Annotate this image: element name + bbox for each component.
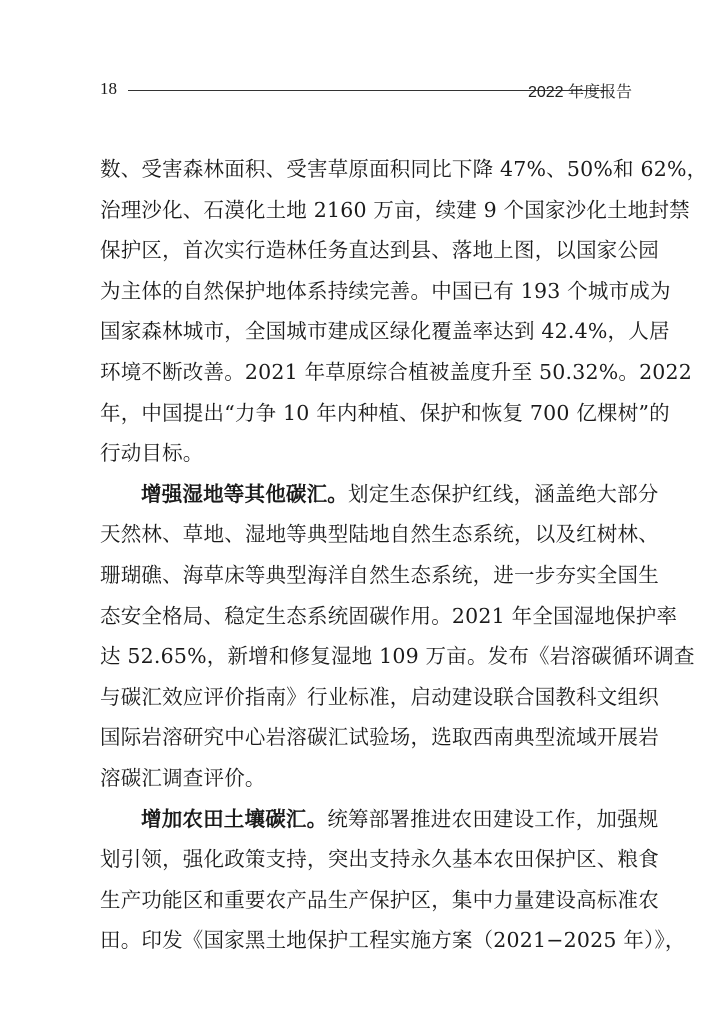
text-line: 达 52.65%，新增和修复湿地 109 万亩。发布《岩溶碳循环调查: [100, 636, 632, 677]
text-line: 与碳汇效应评价指南》行业标准，启动建设联合国教科文组织: [100, 677, 632, 718]
text-line: 划引领，强化政策支持，突出支持永久基本农田保护区、粮食: [100, 839, 632, 880]
text-line: 珊瑚礁、海草床等典型海洋自然生态系统，进一步夯实全国生: [100, 555, 632, 596]
text-line: 国家森林城市，全国城市建成区绿化覆盖率达到 42.4%，人居: [100, 311, 632, 352]
text-line: 年，中国提出“力争 10 年内种植、保护和恢复 700 亿棵树”的: [100, 393, 632, 434]
text-line: 行动目标。: [100, 433, 632, 474]
running-title: 2022 年度报告: [528, 79, 632, 102]
text-line: 生产功能区和重要农产品生产保护区，集中力量建设高标准农: [100, 880, 632, 921]
body-text: 数、受害森林面积、受害草原面积同比下降 47%、50%和 62%， 治理沙化、石…: [100, 149, 632, 961]
text-line: 态安全格局、稳定生态系统固碳作用。2021 年全国湿地保护率: [100, 596, 632, 637]
text-line: 治理沙化、石漠化土地 2160 万亩，续建 9 个国家沙化土地封禁: [100, 190, 632, 231]
text-line: 数、受害森林面积、受害草原面积同比下降 47%、50%和 62%，: [100, 149, 632, 190]
text-run: 统筹部署推进农田建设工作，加强规: [327, 807, 658, 831]
text-line: 田。印发《国家黑土地保护工程实施方案（2021−2025 年）》，: [100, 920, 632, 961]
paragraph-heading: 增加农田土壤碳汇。: [141, 807, 327, 831]
text-line: 国际岩溶研究中心岩溶碳汇试验场，选取西南典型流域开展岩: [100, 717, 632, 758]
page-header: 18 2022 年度报告: [100, 79, 632, 101]
text-line: 溶碳汇调查评价。: [100, 758, 632, 799]
paragraph-heading: 增强湿地等其他碳汇。: [141, 482, 348, 506]
page-number: 18: [100, 79, 117, 99]
text-run: 划定生态保护红线，涵盖绝大部分: [348, 482, 659, 506]
text-line: 为主体的自然保护地体系持续完善。中国已有 193 个城市成为: [100, 271, 632, 312]
text-line: 环境不断改善。2021 年草原综合植被盖度升至 50.32%。2022: [100, 352, 632, 393]
text-line: 保护区，首次实行造林任务直达到县、落地上图，以国家公园: [100, 230, 632, 271]
text-line: 天然林、草地、湿地等典型陆地自然生态系统，以及红树林、: [100, 514, 632, 555]
paragraph-first-line: 增加农田土壤碳汇。统筹部署推进农田建设工作，加强规: [100, 799, 632, 840]
paragraph-first-line: 增强湿地等其他碳汇。划定生态保护红线，涵盖绝大部分: [100, 474, 632, 515]
